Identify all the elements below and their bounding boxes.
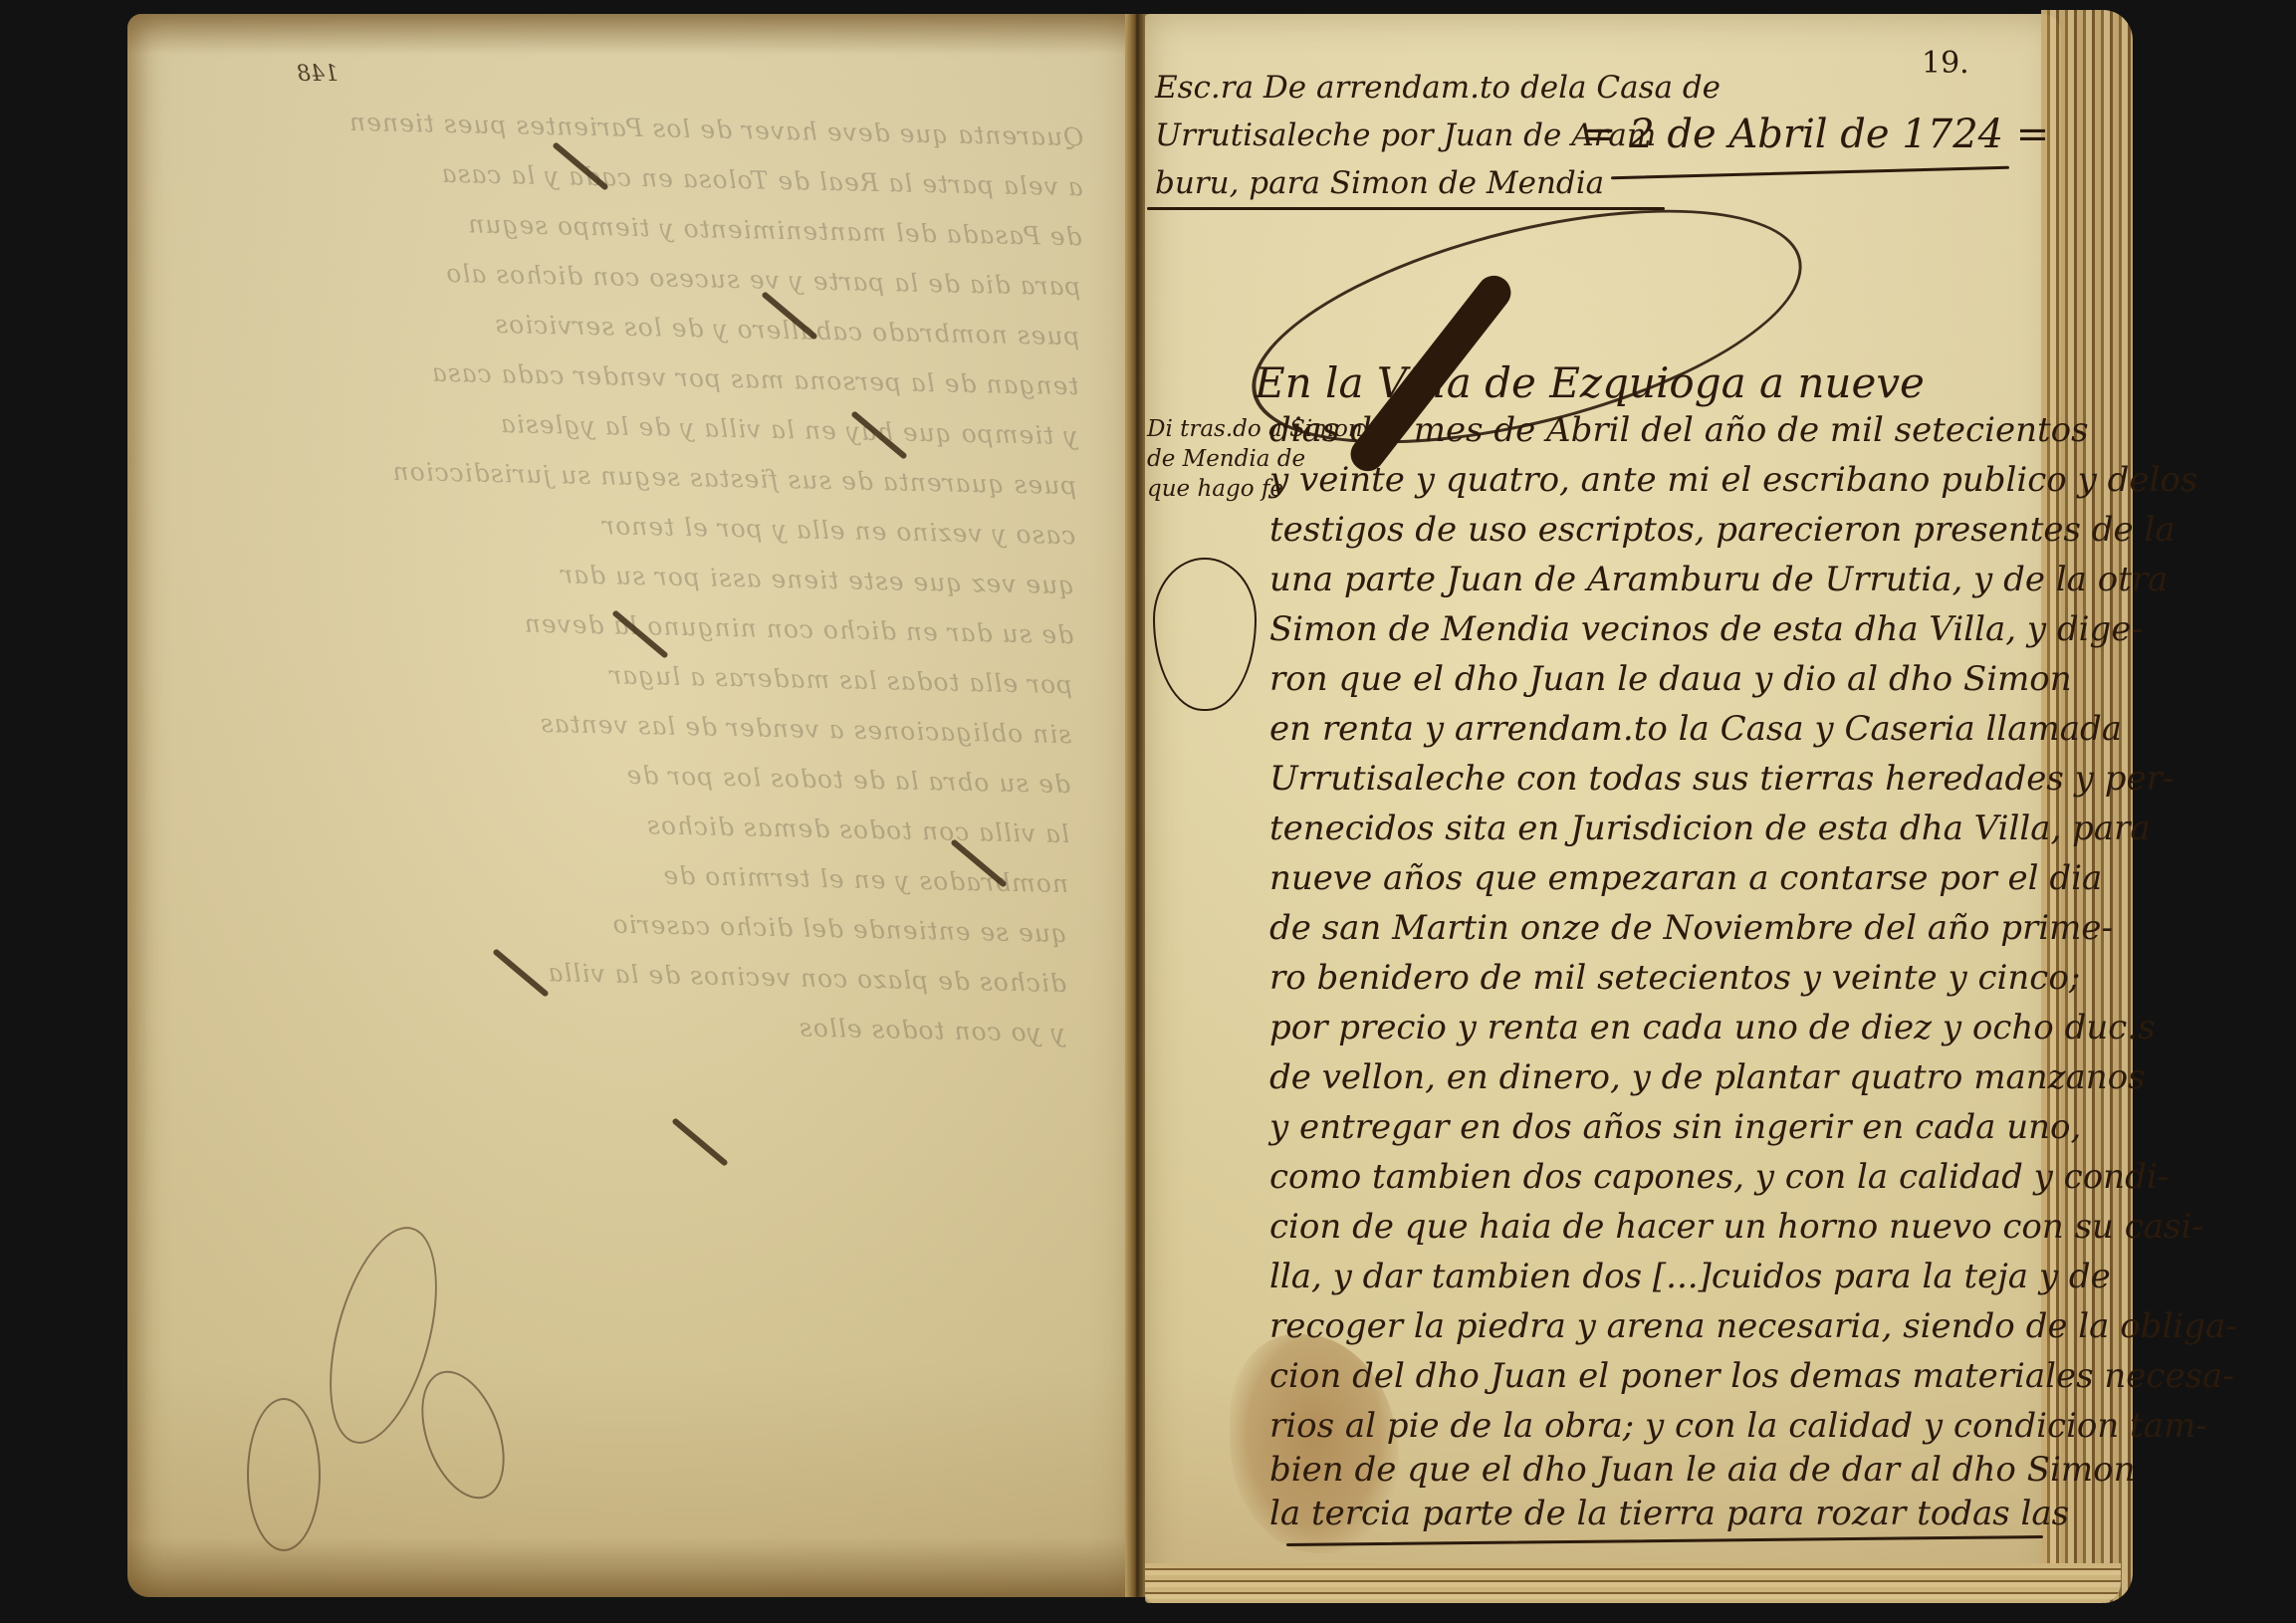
body-line: cion de que haia de hacer un horno nuevo… (1269, 1207, 2203, 1247)
body-line: ron que el dho Juan le daua y dio al dho… (1269, 659, 2072, 699)
bleed-through-text: Quarenta que deve haver de los Parientes… (186, 95, 1084, 1188)
body-line: en renta y arrendam.to la Casa y Caseria… (1269, 709, 2122, 749)
body-line: una parte Juan de Aramburu de Urrutia, y… (1269, 560, 2168, 599)
body-line: En la Villa de Ezquioga a nueve (1255, 358, 1925, 407)
heading-underline (1147, 207, 1665, 210)
body-line: de vellon, en dinero, y de plantar quatr… (1269, 1057, 2146, 1097)
body-line: rios al pie de la obra; y con la calidad… (1269, 1406, 2207, 1446)
body-line: y veinte y quatro, ante mi el escribano … (1269, 460, 2197, 500)
heading-line-3: buru, para Simon de Mendia (1155, 165, 1604, 201)
body-line: recoger la piedra y arena necesaria, sie… (1269, 1306, 2237, 1346)
record-date: = 2 de Abril de 1724 = (1583, 112, 2049, 157)
body-line: como tambien dos capones, y con la calid… (1269, 1157, 2169, 1197)
body-line: Simon de Mendia vecinos de esta dha Vill… (1269, 609, 2143, 649)
body-line: dias del mes de Abril del año de mil set… (1269, 410, 2089, 450)
manuscript-spread: 148 Quarenta que deve haver de los Parie… (0, 0, 2296, 1623)
left-page: 148 Quarenta que deve haver de los Parie… (127, 14, 1135, 1597)
body-line: tenecidos sita en Jurisdicion de esta dh… (1269, 809, 2151, 848)
left-folio-number: 148 (297, 62, 339, 87)
book-gutter (1125, 14, 1147, 1597)
body-line: ro benidero de mil setecientos y veinte … (1269, 958, 2080, 998)
folio-number: 19. (1922, 46, 1969, 81)
heading-line-1: Esc.ra De arrendam.to dela Casa de (1155, 70, 1721, 106)
body-line: nueve años que empezaran a contarse por … (1269, 858, 2102, 898)
page-edges-bottom (1145, 1563, 2121, 1603)
body-line: la tercia parte de la tierra para rozar … (1269, 1494, 2069, 1533)
body-line: bien de que el dho Juan le aia de dar al… (1269, 1450, 2135, 1490)
bleed-signature-loop (405, 1359, 520, 1509)
body-line: de san Martin onze de Noviembre del año … (1269, 908, 2113, 948)
body-line: Urrutisaleche con todas sus tierras here… (1269, 759, 2174, 799)
body-line: testigos de uso escriptos, parecieron pr… (1269, 510, 2176, 550)
body-line: lla, y dar tambien dos [...]cuidos para … (1269, 1257, 2111, 1296)
body-line: cion del dho Juan el poner los demas mat… (1269, 1356, 2234, 1396)
heading-line-2: Urrutisaleche por Juan de Aram (1155, 117, 1656, 153)
bleed-signature-loop (247, 1398, 321, 1551)
body-line: y entregar en dos años sin ingerir en ca… (1269, 1107, 2081, 1147)
body-line: por precio y renta en cada uno de diez y… (1269, 1008, 2156, 1047)
